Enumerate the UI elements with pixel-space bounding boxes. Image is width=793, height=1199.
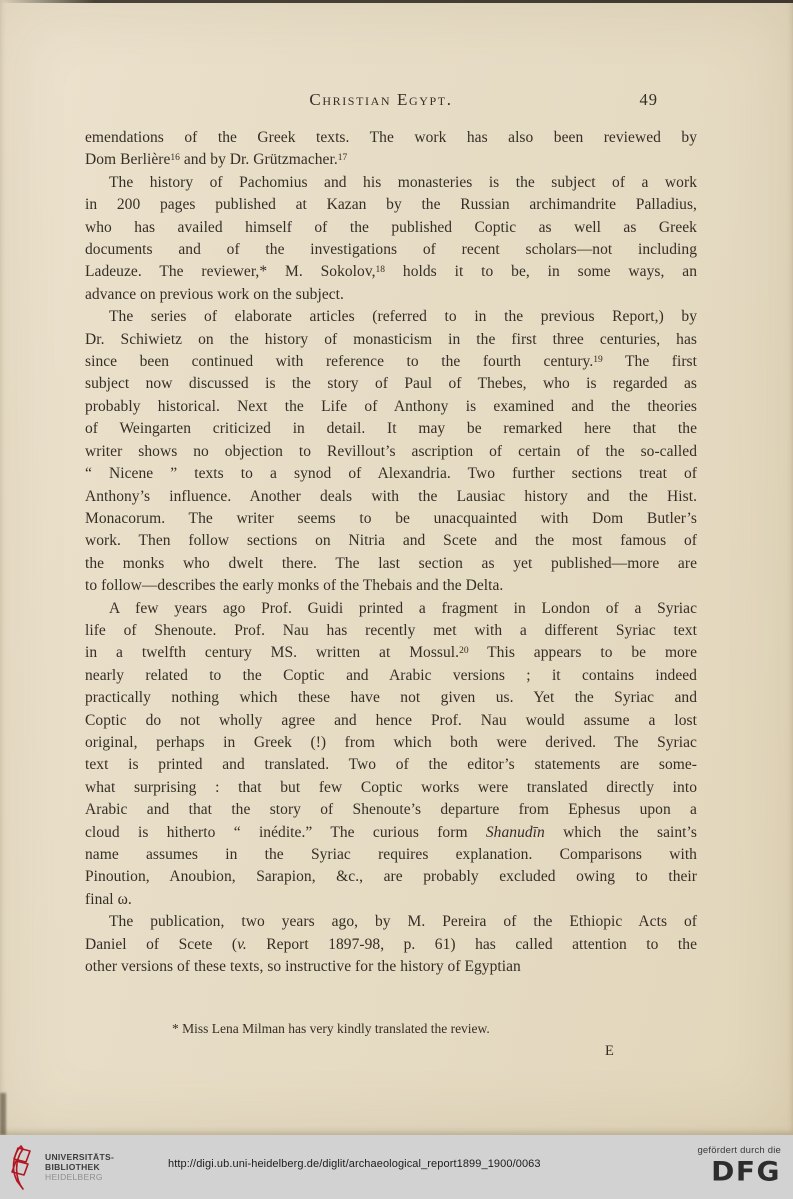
text-line: “ Nicene ” texts to a synod of Alexandri… xyxy=(85,463,697,485)
document-url: http://digi.ub.uni-heidelberg.de/diglit/… xyxy=(168,1158,541,1170)
text-line: Ladeuze. The reviewer,* M. Sokolov,18 ho… xyxy=(85,261,697,283)
text-line: since been continued with reference to t… xyxy=(85,351,697,373)
text-line: Coptic do not wholly agree and hence Pro… xyxy=(85,710,697,732)
text-line: the monks who dwelt there. The last sect… xyxy=(85,553,697,575)
text-line: Anthony’s influence. Another deals with … xyxy=(85,486,697,508)
text-line: work. Then follow sections on Nitria and… xyxy=(85,530,697,552)
signature-mark: E xyxy=(605,1043,615,1060)
heidelberg-library-logo-icon xyxy=(9,1145,37,1191)
scanned-document-page: Christian Egypt. 49 emendations of the G… xyxy=(0,0,793,1199)
library-name: UNIVERSITÄTS- BIBLIOTHEK HEIDELBERG xyxy=(45,1152,114,1182)
library-name-line1: UNIVERSITÄTS- xyxy=(45,1152,114,1162)
page-title: Christian Egypt. xyxy=(75,90,687,110)
text-line: other versions of these texts, so instru… xyxy=(85,956,697,978)
text-line: original, perhaps in Greek (!) from whic… xyxy=(85,732,697,754)
text-line: Daniel of Scete (v. Report 1897-98, p. 6… xyxy=(85,934,697,956)
text-line: writer shows no objection to Revillout’s… xyxy=(85,441,697,463)
text-line: probably historical. Next the Life of An… xyxy=(85,396,697,418)
text-line: text is printed and translated. Two of t… xyxy=(85,754,697,776)
text-line: Pinoution, Anoubion, Sarapion, &c., are … xyxy=(85,866,697,888)
text-line: in 200 pages published at Kazan by the R… xyxy=(85,194,697,216)
text-line: subject now discussed is the story of Pa… xyxy=(85,373,697,395)
text-line: Monacorum. The writer seems to be unacqu… xyxy=(85,508,697,530)
scanned-paper: Christian Egypt. 49 emendations of the G… xyxy=(0,0,793,1135)
text-line: final ω. xyxy=(85,889,697,911)
text-line: The history of Pachomius and his monaste… xyxy=(85,172,697,194)
text-line: Arabic and that the story of Shenoute’s … xyxy=(85,799,697,821)
library-name-line2: BIBLIOTHEK xyxy=(45,1162,114,1172)
body-text: emendations of the Greek texts. The work… xyxy=(85,127,697,978)
text-line: life of Shenoute. Prof. Nau has recently… xyxy=(85,620,697,642)
funding-credit: gefördert durch die DFG xyxy=(697,1145,781,1186)
text-line: who has availed himself of the published… xyxy=(85,217,697,239)
text-line: documents and of the investigations of r… xyxy=(85,239,697,261)
text-line: practically nothing which these have not… xyxy=(85,687,697,709)
dfg-logo: DFG xyxy=(697,1159,781,1186)
scan-edge-artifact xyxy=(0,0,793,3)
running-head: Christian Egypt. 49 xyxy=(85,90,697,114)
text-line: name assumes in the Syriac requires expl… xyxy=(85,844,697,866)
text-line: A few years ago Prof. Guidi printed a fr… xyxy=(85,598,697,620)
funding-label: gefördert durch die xyxy=(697,1145,781,1156)
page-number: 49 xyxy=(640,90,659,110)
scan-edge-artifact xyxy=(0,1093,6,1135)
text-line: to follow—describes the early monks of t… xyxy=(85,575,697,597)
text-line: in a twelfth century MS. written at Moss… xyxy=(85,642,697,664)
text-line: emendations of the Greek texts. The work… xyxy=(85,127,697,149)
text-line: what surprising : that but few Coptic wo… xyxy=(85,777,697,799)
text-line: Dom Berlière16 and by Dr. Grützmacher.17 xyxy=(85,149,697,171)
text-line: Dr. Schiwietz on the history of monastic… xyxy=(85,329,697,351)
text-line: nearly related to the Coptic and Arabic … xyxy=(85,665,697,687)
text-line: of Weingarten criticized in detail. It m… xyxy=(85,418,697,440)
text-line: advance on previous work on the subject. xyxy=(85,284,697,306)
text-line: The series of elaborate articles (referr… xyxy=(85,306,697,328)
library-name-line3: HEIDELBERG xyxy=(45,1172,114,1182)
digitization-footer-bar: UNIVERSITÄTS- BIBLIOTHEK HEIDELBERG http… xyxy=(0,1135,793,1199)
text-line: The publication, two years ago, by M. Pe… xyxy=(85,911,697,933)
text-line: cloud is hitherto “ inédite.” The curiou… xyxy=(85,822,697,844)
footnote: * Miss Lena Milman has very kindly trans… xyxy=(172,1020,592,1037)
